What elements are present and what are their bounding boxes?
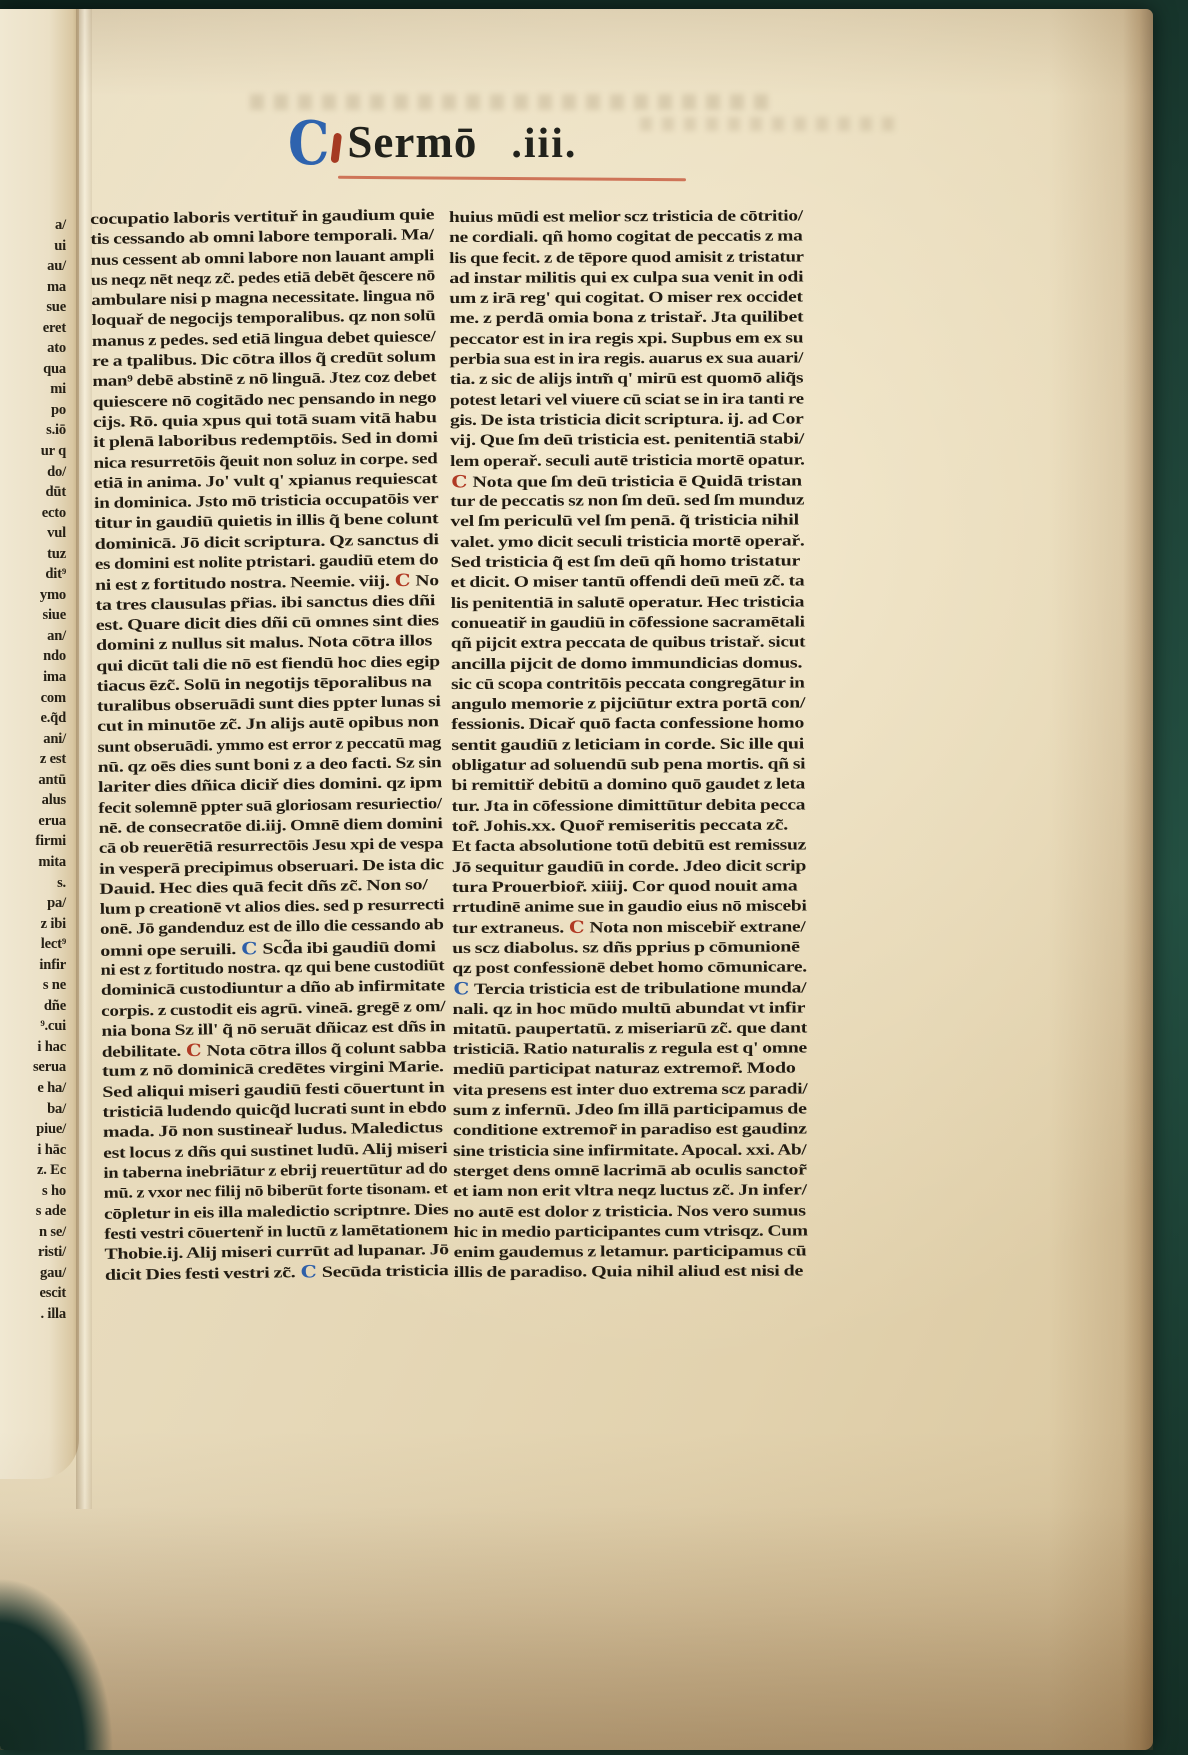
red-paraph-icon: C	[394, 570, 412, 592]
margin-fragment-line: vul	[0, 523, 66, 544]
sermon-number: .iii.	[511, 121, 577, 167]
margin-fragment-line: dit⁹	[0, 564, 66, 585]
text-line: sterget dens omnē lacrimā ab oculis sanc…	[453, 1160, 807, 1182]
margin-fragment-line: pa/	[0, 893, 66, 914]
text-line: gis. De ista tristicia dicit scriptura. …	[450, 409, 804, 431]
margin-fragment-line: sue	[0, 297, 66, 318]
margin-fragment-line: . illa	[0, 1304, 66, 1325]
text-line: tur de peccatis sz non ſm deū. sed ſm mu…	[450, 491, 804, 513]
margin-fragment-line: ato	[0, 338, 66, 359]
margin-fragment-line: ani/	[0, 729, 66, 750]
margin-fragment-line: a/	[0, 215, 66, 236]
text-line: lis que fecit. z de tēpore quod amisit z…	[449, 247, 803, 269]
margin-fragment-line: serua	[0, 1057, 66, 1078]
text-line: peccator est in ira regis xpi. Supbus em…	[450, 328, 804, 350]
margin-fragment-line: an/	[0, 626, 66, 647]
text-line: ancilla pijcit de domo immundicias domus…	[451, 653, 805, 675]
text-line: valet. ymo dicit seculi tristicia mortē …	[450, 531, 804, 553]
margin-fragment-line: firmi	[0, 831, 66, 852]
margin-fragment-line: escit	[0, 1283, 66, 1304]
fore-edge-shading	[1123, 9, 1153, 1750]
book-page: CSermō.iii. cocupatio laboris vertituř i…	[0, 9, 1153, 1750]
text-line: ad instar militis qui ex culpa sua venit…	[449, 267, 803, 289]
page-title: Sermō	[347, 117, 477, 167]
blue-paraph-icon: C	[288, 109, 329, 179]
margin-fragment-line: ma	[0, 277, 66, 298]
text-line: sine tristicia sine infirmitate. Apocal.…	[453, 1140, 807, 1162]
text-line: C Nota que ſm deū tristicia ē Quidā tris…	[450, 470, 804, 492]
text-line: tura Prouerbior̃. xiiij. Cor quod nouit …	[452, 876, 806, 898]
text-line: ne cordiali. qñ homo cogitat de peccatis…	[449, 227, 803, 249]
text-line: tur. Jta in cōfessione dimittūtur debita…	[452, 795, 806, 817]
text-column-left: cocupatio laboris vertituř in gaudium qu…	[90, 205, 449, 1285]
page-curvature-shading	[0, 1430, 1153, 1750]
margin-fragment-line: mita	[0, 852, 66, 873]
corner-shadow	[0, 1520, 140, 1750]
text-line: us scz diabolus. sz dñs pprius p cōmunio…	[452, 937, 806, 959]
text-line: mediū participat naturaz extremor̃. Modo	[453, 1059, 807, 1081]
text-line: Sed tristicia q̃ est ſm deū qñ homo tris…	[451, 551, 805, 573]
text-line: lem operař. seculi autē tristicia mortē …	[450, 450, 804, 472]
margin-fragment-line: com	[0, 688, 66, 709]
margin-fragment-line: tuz	[0, 544, 66, 565]
margin-fragment-line: qua	[0, 359, 66, 380]
margin-fragment-line: dūt	[0, 482, 66, 503]
red-paraph-icon: C	[450, 471, 468, 493]
margin-fragment-line: lect⁹	[0, 934, 66, 955]
text-line: potest letari vel viuere cū sciat se in …	[450, 389, 804, 411]
blue-paraph-icon: C	[299, 1262, 318, 1284]
margin-fragment-line: antū	[0, 770, 66, 791]
margin-fragment-line: e.q̃d	[0, 708, 66, 729]
text-column-right: huius mūdi est melior scz tristicia de c…	[449, 206, 808, 1283]
margin-fragment-line: risti/	[0, 1242, 66, 1263]
text-line: conditione extremor̃ in paradiso est gau…	[453, 1120, 807, 1142]
text-line: sentit gaudiū z leticiam in corde. Sic i…	[451, 734, 805, 756]
verso-showthrough	[640, 117, 900, 131]
margin-fragment-line: ui	[0, 236, 66, 257]
text-line: rrtudinē anime sue in gaudio eius nō mis…	[452, 897, 806, 919]
text-line: et dicit. O miser tantū offendi deū meū …	[451, 572, 805, 594]
margin-fragment-line: z ibi	[0, 914, 66, 935]
gutter-text-fragments: a/uiau/masueeretatoquamipos.iōur qdo/dūt…	[0, 215, 66, 1325]
margin-fragment-line: piue/	[0, 1119, 66, 1140]
text-line: tia. z sic de alijs intm̃ q' mirū est qu…	[450, 369, 804, 391]
text-line: C Tercia tristicia est de tribulatione m…	[452, 978, 806, 1000]
text-line: conueatiř in gaudiū in cōfessione sacram…	[451, 612, 805, 634]
text-line: sum z infernū. Jdeo ſm illā participamus…	[453, 1100, 807, 1122]
margin-fragment-line: ndo	[0, 646, 66, 667]
text-line: angulo memorie z pijciūtur extra portā c…	[451, 694, 805, 716]
margin-fragment-line: i hāc	[0, 1140, 66, 1161]
red-tick-icon	[331, 133, 343, 164]
text-line: qz post confessionē debet homo cōmunicar…	[452, 957, 806, 979]
text-line: sic cū scopa contritōis peccata congregā…	[451, 673, 805, 695]
text-line: vij. Que ſm deū tristicia est. penitenti…	[450, 430, 804, 452]
text-line: mitatū. paupertatū. z miseriarū zc̃. que…	[453, 1018, 807, 1040]
text-line: obligatur ad soluendū sub pena mortis. q…	[451, 754, 805, 776]
margin-fragment-line: z. Ec	[0, 1160, 66, 1181]
margin-fragment-line: ecto	[0, 503, 66, 524]
text-line: fessionis. Dicař quō facta confessione h…	[451, 714, 805, 736]
margin-fragment-line: e ha/	[0, 1078, 66, 1099]
margin-fragment-line: mi	[0, 379, 66, 400]
text-line: Jō sequitur gaudiū in corde. Jdeo dicit …	[452, 856, 806, 878]
text-line: tur extraneus. C Nota non miscebiř extra…	[452, 917, 806, 939]
margin-fragment-line: ymo	[0, 585, 66, 606]
margin-fragment-line: ur q	[0, 441, 66, 462]
margin-fragment-line: s ho	[0, 1181, 66, 1202]
text-line: vel ſm periculū vel ſm penā. q̃ tristici…	[450, 511, 804, 533]
margin-fragment-line: ba/	[0, 1099, 66, 1120]
red-paraph-icon: C	[568, 917, 586, 939]
margin-fragment-line: au/	[0, 256, 66, 277]
text-line: me. z perdā omia bona z tristař. Jta qui…	[449, 308, 803, 330]
blue-paraph-icon: C	[452, 978, 470, 1000]
margin-fragment-line: z est	[0, 749, 66, 770]
text-line: qñ pijcit extra peccata de quibus trista…	[451, 633, 805, 655]
photo-background: { "header": { "paraph_mark": "C", "title…	[0, 0, 1188, 1755]
text-line: vita presens est inter duo extrema scz p…	[453, 1079, 807, 1101]
text-line: nali. qz in hoc mūdo multū abundat vt in…	[452, 998, 806, 1020]
text-line: lis penitentiā in salutē operatur. Hec t…	[451, 592, 805, 614]
margin-fragment-line: n se/	[0, 1222, 66, 1243]
text-line: tristiciā. Ratio naturalis z regula est …	[453, 1039, 807, 1061]
margin-fragment-line: siue	[0, 605, 66, 626]
margin-fragment-line: s ne	[0, 975, 66, 996]
text-line: no autē est dolor z tristicia. Nos vero …	[453, 1201, 807, 1223]
margin-fragment-line: do/	[0, 462, 66, 483]
text-line: tor̃. Johis.xx. Quor̃ remiseritis peccat…	[452, 815, 806, 837]
margin-fragment-line: ⁹.cui	[0, 1016, 66, 1037]
text-line: dicit Dies festi vestri zc̃. C Secūda tr…	[105, 1261, 449, 1286]
margin-fragment-line: i hac	[0, 1037, 66, 1058]
margin-fragment-line: po	[0, 400, 66, 421]
text-line: bi remittiř debitū a domino quō gaudet z…	[451, 775, 805, 797]
margin-fragment-line: erua	[0, 811, 66, 832]
verso-showthrough	[250, 94, 770, 110]
margin-fragment-line: gau/	[0, 1263, 66, 1284]
margin-fragment-line: s.	[0, 873, 66, 894]
text-line: enim gaudemus z letamur. participamus cū	[454, 1242, 808, 1264]
text-line: hic in medio participantes cum vtrisqz. …	[453, 1221, 807, 1243]
red-paraph-icon: C	[185, 1040, 203, 1062]
text-line: um z irā reg' qui cogitat. O miser rex o…	[449, 288, 803, 310]
blue-paraph-icon: C	[240, 938, 259, 960]
text-line: perbia sua est in ira regis. auarus ex s…	[450, 349, 804, 371]
margin-fragment-line: eret	[0, 318, 66, 339]
text-line: illis de paradiso. Quia nihil aliud est …	[454, 1262, 808, 1284]
margin-fragment-line: s ade	[0, 1201, 66, 1222]
margin-fragment-line: infir	[0, 955, 66, 976]
text-line: huius mūdi est melior scz tristicia de c…	[449, 206, 803, 228]
text-line: et iam non erit vltra neqz luctus zc̃. J…	[453, 1181, 807, 1203]
margin-fragment-line: dñe	[0, 996, 66, 1017]
margin-fragment-line: alus	[0, 790, 66, 811]
margin-fragment-line: ima	[0, 667, 66, 688]
page-header: CSermō.iii.	[288, 109, 577, 179]
margin-fragment-line: s.iō	[0, 420, 66, 441]
text-line: Et facta absolutione totū debitū est rem…	[452, 836, 806, 858]
rubric-underline	[338, 176, 686, 181]
